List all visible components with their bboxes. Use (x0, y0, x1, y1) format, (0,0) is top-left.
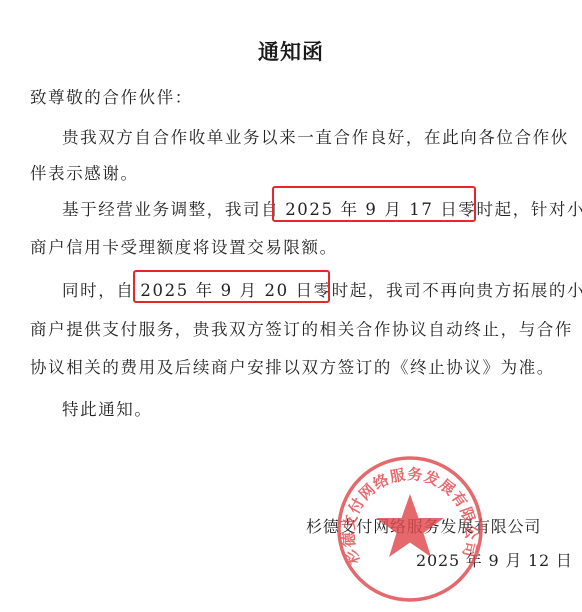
paragraph-1-line-1: 贵我双方自合作收单业务以来一直合作良好，在此向各位合作伙 (62, 124, 569, 148)
paragraph-3-line-2: 商户提供支付服务，贵我双方签订的相关合作协议自动终止，与合作 (30, 316, 573, 340)
document-title: 通知函 (0, 36, 582, 66)
paragraph-3-line-3: 协议相关的费用及后续商户安排以双方签订的《终止协议》为准。 (30, 354, 555, 378)
signature-date: 2025 年 9 月 12 日 (416, 548, 573, 571)
paragraph-1-line-2: 伴表示感谢。 (30, 160, 139, 184)
salutation: 致尊敬的合作伙伴： (30, 84, 193, 108)
paragraph-2-text-a: 基于经营业务调整，我司自 (62, 200, 279, 219)
paragraph-2-text-b: 针对小微 (531, 200, 582, 219)
paragraph-3-text-a: 同时，自 (62, 281, 134, 300)
closing: 特此通知。 (62, 396, 153, 420)
paragraph-3-text-b: 我司不再向贵方拓展的小微 (386, 281, 582, 300)
highlight-box-sep-20 (133, 270, 330, 303)
paragraph-2-line-2: 商户信用卡受理额度将设置交易限额。 (30, 234, 338, 258)
highlight-box-sep-17 (272, 186, 476, 222)
signature-company: 杉德支付网络服务发展有限公司 (306, 514, 541, 537)
